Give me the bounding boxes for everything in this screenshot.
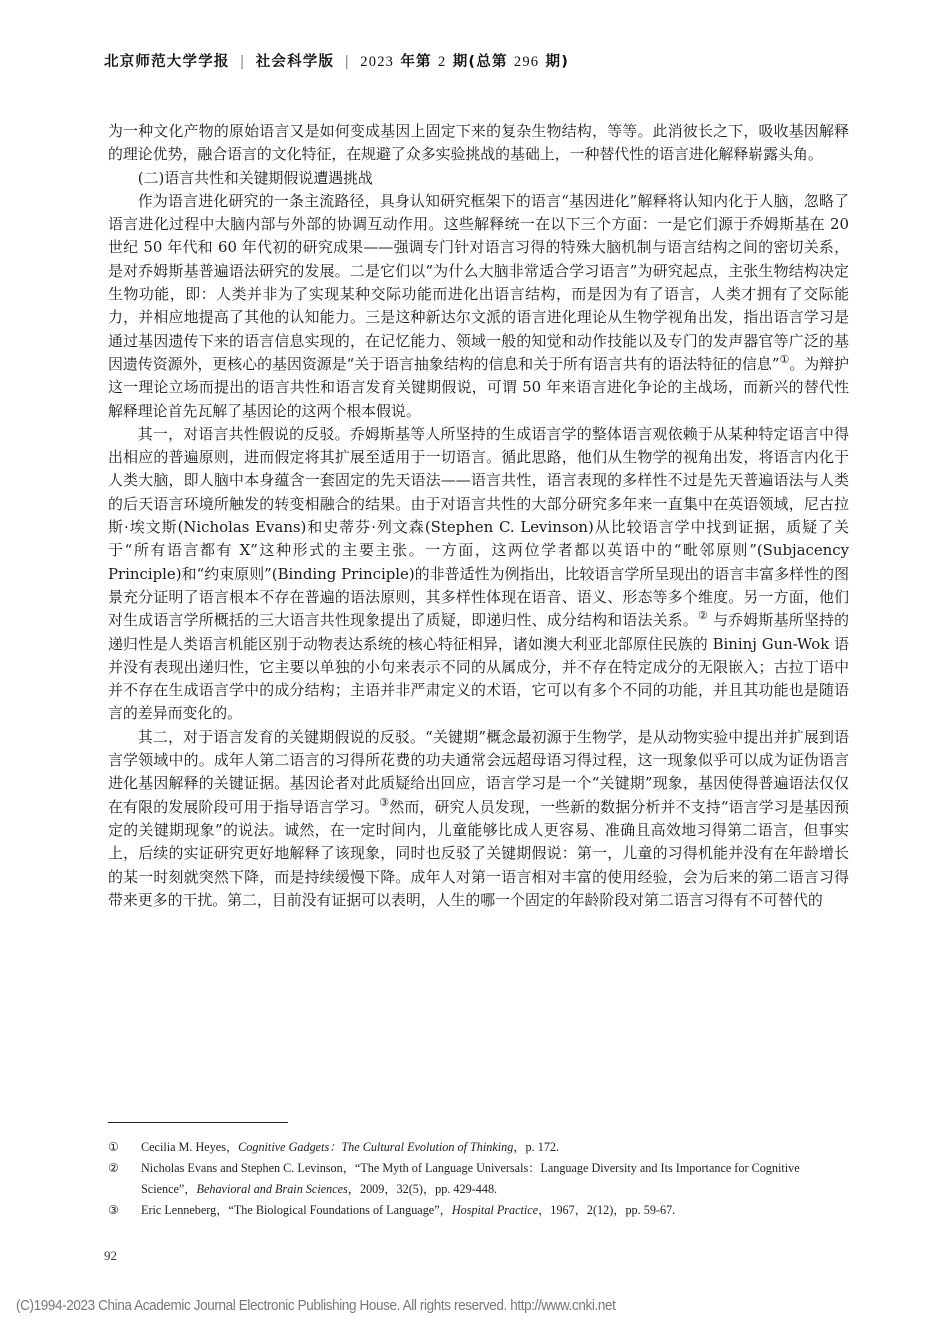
footnote-ref-2[interactable]: ②: [698, 609, 708, 622]
footnote-ref-3[interactable]: ③: [379, 796, 389, 809]
cited-title: Cognitive Gadgets：The Cultural Evolution…: [238, 1140, 513, 1154]
issue-label: 期): [546, 54, 570, 70]
header-separator: |: [240, 54, 246, 70]
cited-title: Hospital Practice: [452, 1203, 538, 1217]
footnote-3: ③ Eric Lenneberg，“The Biological Foundat…: [108, 1200, 850, 1221]
article-body: 为一种文化产物的原始语言又是如何变成基因上固定下来的复杂生物结构，等等。此消彼长…: [108, 120, 849, 912]
footnote-divider: [108, 1122, 288, 1123]
issue-label: 年第: [400, 54, 431, 70]
paragraph: 作为语言进化研究的一条主流路径，具身认知研究框架下的语言“基因进化”解释将认知内…: [108, 190, 849, 423]
total-issue-number: 296: [514, 54, 539, 70]
running-header: 北京师范大学学报|社会科学版|2023 年第 2 期(总第 296 期): [104, 50, 569, 71]
footnote-marker: ①: [108, 1137, 141, 1158]
paragraph: 其一，对语言共性假说的反驳。乔姆斯基等人所坚持的生成语言学的整体语言观依赖于从某…: [108, 423, 849, 726]
cited-title: Behavioral and Brain Sciences: [197, 1182, 348, 1196]
footnote-1: ① Cecilia M. Heyes，Cognitive Gadgets：The…: [108, 1137, 850, 1158]
section-heading: (二)语言共性和关键期假说遭遇挑战: [108, 167, 849, 190]
copyright-notice: (C)1994-2023 China Academic Journal Elec…: [16, 1298, 616, 1314]
page-number: 92: [104, 1248, 117, 1264]
issue-label: 期(总第: [453, 54, 508, 70]
footnote-marker: ③: [108, 1200, 141, 1221]
paragraph: 为一种文化产物的原始语言又是如何变成基因上固定下来的复杂生物结构，等等。此消彼长…: [108, 120, 849, 167]
footnote-2: ② Nicholas Evans and Stephen C. Levinson…: [108, 1158, 850, 1200]
footnote-ref-1[interactable]: ①: [779, 353, 789, 366]
journal-edition: 社会科学版: [256, 54, 335, 70]
footnote-marker: ②: [108, 1158, 141, 1200]
footnotes: ① Cecilia M. Heyes，Cognitive Gadgets：The…: [108, 1137, 850, 1221]
paragraph: 其二，对于语言发育的关键期假说的反驳。“关键期”概念最初源于生物学，是从动物实验…: [108, 726, 849, 912]
journal-title: 北京师范大学学报: [104, 54, 230, 70]
header-separator: |: [344, 54, 350, 70]
issue-year: 2023: [360, 54, 394, 70]
issue-number: 2: [438, 54, 446, 70]
